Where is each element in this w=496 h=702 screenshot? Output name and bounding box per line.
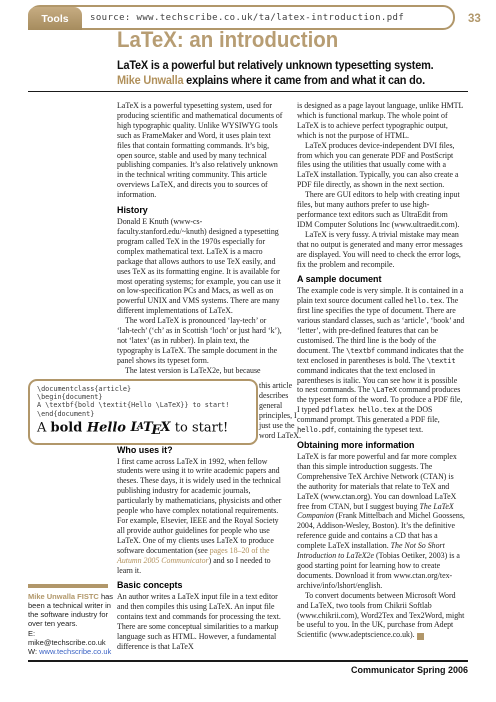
deck-line-1: LaTeX is a powerful but relatively unkno… <box>117 59 433 74</box>
bio-email: E: mike@techscribe.co.uk <box>28 629 114 648</box>
bio-text: Mike Unwalla FISTC has been a technical … <box>28 592 114 629</box>
left-column: LaTeX is a powerful typesetting system, … <box>117 101 283 652</box>
section-heading-more-information: Obtaining more information <box>297 440 458 450</box>
tools-tab: Tools <box>28 7 82 30</box>
right-paragraph-1: is designed as a page layout language, u… <box>297 101 465 141</box>
communicator-link[interactable]: Autumn 2005 Communicator <box>117 556 209 565</box>
tools-tab-label: Tools <box>41 13 68 25</box>
bio-website-link[interactable]: www.techscribe.co.uk <box>39 647 111 656</box>
history-paragraph-3-firstline: The latest version is LaTeX2e, but becau… <box>117 366 283 376</box>
footer-rule <box>28 660 468 662</box>
deck-line-2: Mike Unwalla explains where it came from… <box>117 74 433 89</box>
code-panel: \documentclass{article} \begin{document}… <box>28 379 258 445</box>
convert-paragraph: To convert documents between Microsoft W… <box>297 591 465 641</box>
intro-paragraph: LaTeX is a powerful typesetting system, … <box>117 101 283 200</box>
section-heading-who-uses-it: Who uses it? <box>117 445 276 455</box>
bio-website: W: www.techscribe.co.uk <box>28 647 114 656</box>
source-url-text: source: www.techscribe.co.uk/ta/latex-in… <box>90 13 404 23</box>
right-paragraph-2: LaTeX produces device-independent DVI fi… <box>297 141 465 191</box>
footer-text: Communicator Spring 2006 <box>28 665 468 675</box>
bio-website-label: W: <box>28 647 39 656</box>
communicator-link[interactable]: pages 18–20 of the <box>210 546 270 555</box>
who-uses-it-paragraph: I first came across LaTeX in 1992, when … <box>117 457 283 576</box>
page-number: 33 <box>468 13 481 25</box>
history-paragraph-2: The word LaTeX is pronounced ‘lay-tech’ … <box>117 316 283 366</box>
right-paragraph-4: LaTeX is very fussy. A trivial mistake m… <box>297 230 465 270</box>
header-rule <box>28 91 468 92</box>
section-heading-basic-concepts: Basic concepts <box>117 580 276 590</box>
bio-accent-bar <box>28 584 108 588</box>
section-heading-sample-document: A sample document <box>297 274 458 284</box>
sample-document-paragraph: The example code is very simple. It is c… <box>297 286 465 435</box>
article-title: LaTeX: an introduction <box>117 27 338 53</box>
bio-author-name: Mike Unwalla FISTC <box>28 592 99 601</box>
section-heading-history: History <box>117 205 276 215</box>
article-deck: LaTeX is a powerful but relatively unkno… <box>117 59 433 89</box>
basic-concepts-paragraph: An author writes a LaTeX input file in a… <box>117 592 283 651</box>
convert-paragraph-text: To convert documents between Microsoft W… <box>297 591 464 640</box>
magazine-page: source: www.techscribe.co.uk/ta/latex-in… <box>0 0 496 702</box>
history-paragraph-3-wrap: this article describes general principle… <box>259 381 302 440</box>
typeset-sample: A bold Hello LATEX to start! <box>37 420 249 438</box>
latex-source-code: \documentclass{article} \begin{document}… <box>37 385 249 418</box>
more-information-paragraph: LaTeX is far more powerful and far more … <box>297 452 465 591</box>
end-of-article-marker: C <box>417 633 424 640</box>
author-bio: Mike Unwalla FISTC has been a technical … <box>28 584 114 657</box>
right-column: is designed as a page layout language, u… <box>297 101 465 640</box>
history-paragraph-1: Donald E Knuth (www-cs-faculty.stanford.… <box>117 217 283 316</box>
right-paragraph-3: There are GUI editors to help with creat… <box>297 190 465 230</box>
